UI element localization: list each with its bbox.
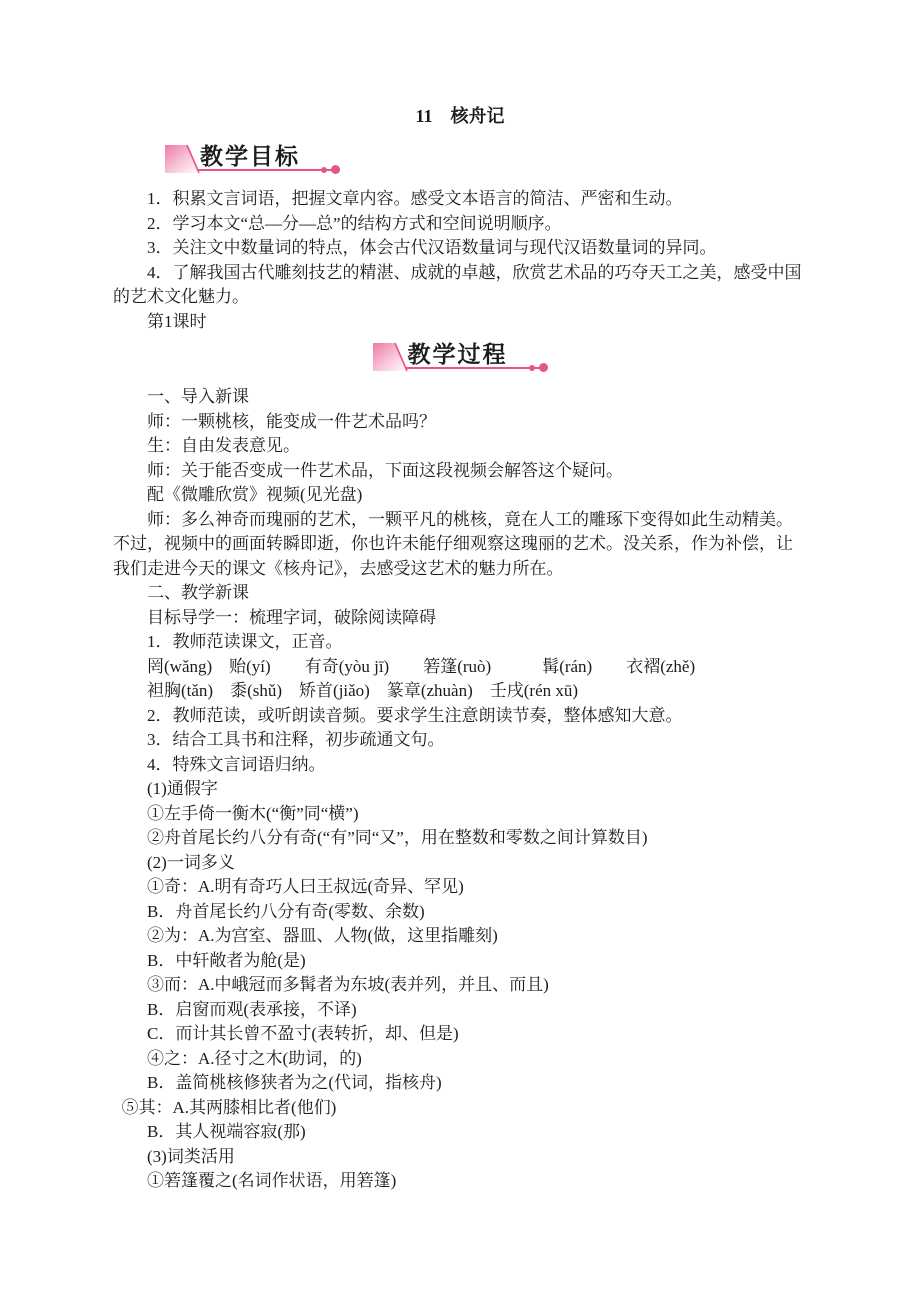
process-line: (3)词类活用 (113, 1145, 807, 1170)
process-body: 一、导入新课 师：一颗桃核，能变成一件艺术品吗？ 生：自由发表意见。 师：关于能… (113, 385, 807, 1194)
process-line: C．而计其长曾不盈寸(表转折，却、但是) (113, 1022, 807, 1047)
objectives-badge-label: 教学目标 (198, 145, 304, 174)
objectives-badge: 教学目标 (165, 144, 340, 174)
process-line: 生：自由发表意见。 (113, 434, 807, 459)
process-line: 2．教师范读，或听朗读音频。要求学生注意朗读节奏，整体感知大意。 (113, 704, 807, 729)
document-page: 11 核舟记 教学目标 1．积累文言词语，把握文章内容。感受文本语言的简洁、严密… (0, 0, 920, 1302)
objective-item: 4．了解我国古代雕刻技艺的精湛、成就的卓越，欣赏艺术品的巧夺天工之美，感受中国的… (113, 261, 807, 310)
process-line: B．中轩敞者为舱(是) (113, 949, 807, 974)
process-line: 师：多么神奇而瑰丽的艺术，一颗平凡的桃核，竟在人工的雕琢下变得如此生动精美。不过… (113, 508, 807, 582)
process-line: (2)一词多义 (113, 851, 807, 876)
process-line: ④之：A.径寸之木(助词，的) (113, 1047, 807, 1072)
process-line: 袒胸(tǎn) 黍(shǔ) 矫首(jiǎo) 篆章(zhuàn) 壬戌(rén… (113, 679, 807, 704)
process-line: ①奇：A.明有奇巧人曰王叔远(奇异、罕见) (113, 875, 807, 900)
process-line: B．其人视端容寂(那) (113, 1120, 807, 1145)
process-line: 师：一颗桃核，能变成一件艺术品吗？ (113, 410, 807, 435)
dot-large-icon (539, 363, 548, 372)
process-line: 二、教学新课 (113, 581, 807, 606)
objectives-header: 教学目标 (165, 144, 807, 179)
objective-item: 1．积累文言词语，把握文章内容。感受文本语言的简洁、严密和生动。 (113, 187, 807, 212)
session-label: 第1课时 (113, 310, 807, 335)
process-line: 目标导学一：梳理字词，破除阅读障碍 (113, 606, 807, 631)
process-line: B．盖简桃核修狭者为之(代词，指核舟) (113, 1071, 807, 1096)
process-badge-label: 教学过程 (406, 343, 512, 372)
process-line: ①左手倚一衡木(“衡”同“横”) (113, 802, 807, 827)
objective-item: 3．关注文中数量词的特点，体会古代汉语数量词与现代汉语数量词的异同。 (113, 236, 807, 261)
process-line: 一、导入新课 (113, 385, 807, 410)
page-title: 11 核舟记 (113, 104, 807, 128)
process-line: 配《微雕欣赏》视频(见光盘) (113, 483, 807, 508)
objective-item: 2．学习本文“总—分—总”的结构方式和空间说明顺序。 (113, 212, 807, 237)
process-line: (1)通假字 (113, 777, 807, 802)
dot-small-icon (529, 365, 535, 371)
process-line: 4．特殊文言词语归纳。 (113, 753, 807, 778)
process-line: B．舟首尾长约八分有奇(零数、余数) (113, 900, 807, 925)
process-line: ①箬篷覆之(名词作状语，用箬篷) (113, 1169, 807, 1194)
process-line: ②舟首尾长约八分有奇(“有”同“又”，用在整数和零数之间计算数目) (113, 826, 807, 851)
process-line: 师：关于能否变成一件艺术品，下面这段视频会解答这个疑问。 (113, 459, 807, 484)
objectives-list: 1．积累文言词语，把握文章内容。感受文本语言的简洁、严密和生动。 2．学习本文“… (113, 187, 807, 310)
process-line: ⑤其：A.其两膝相比者(他们) (113, 1096, 807, 1121)
dot-small-icon (321, 167, 327, 173)
process-line: B．启窗而观(表承接，不译) (113, 998, 807, 1023)
process-line: 罔(wǎng) 贻(yí) 有奇(yòu jī) 箬篷(ruò) 髯(rán) … (113, 655, 807, 680)
process-line: 3．结合工具书和注释，初步疏通文句。 (113, 728, 807, 753)
process-header: 教学过程 (113, 342, 807, 377)
process-badge: 教学过程 (373, 342, 548, 372)
process-line: ③而：A.中峨冠而多髯者为东坡(表并列，并且、而且) (113, 973, 807, 998)
process-line: 1．教师范读课文，正音。 (113, 630, 807, 655)
dot-large-icon (331, 165, 340, 174)
process-line: ②为：A.为宫室、器皿、人物(做，这里指雕刻) (113, 924, 807, 949)
